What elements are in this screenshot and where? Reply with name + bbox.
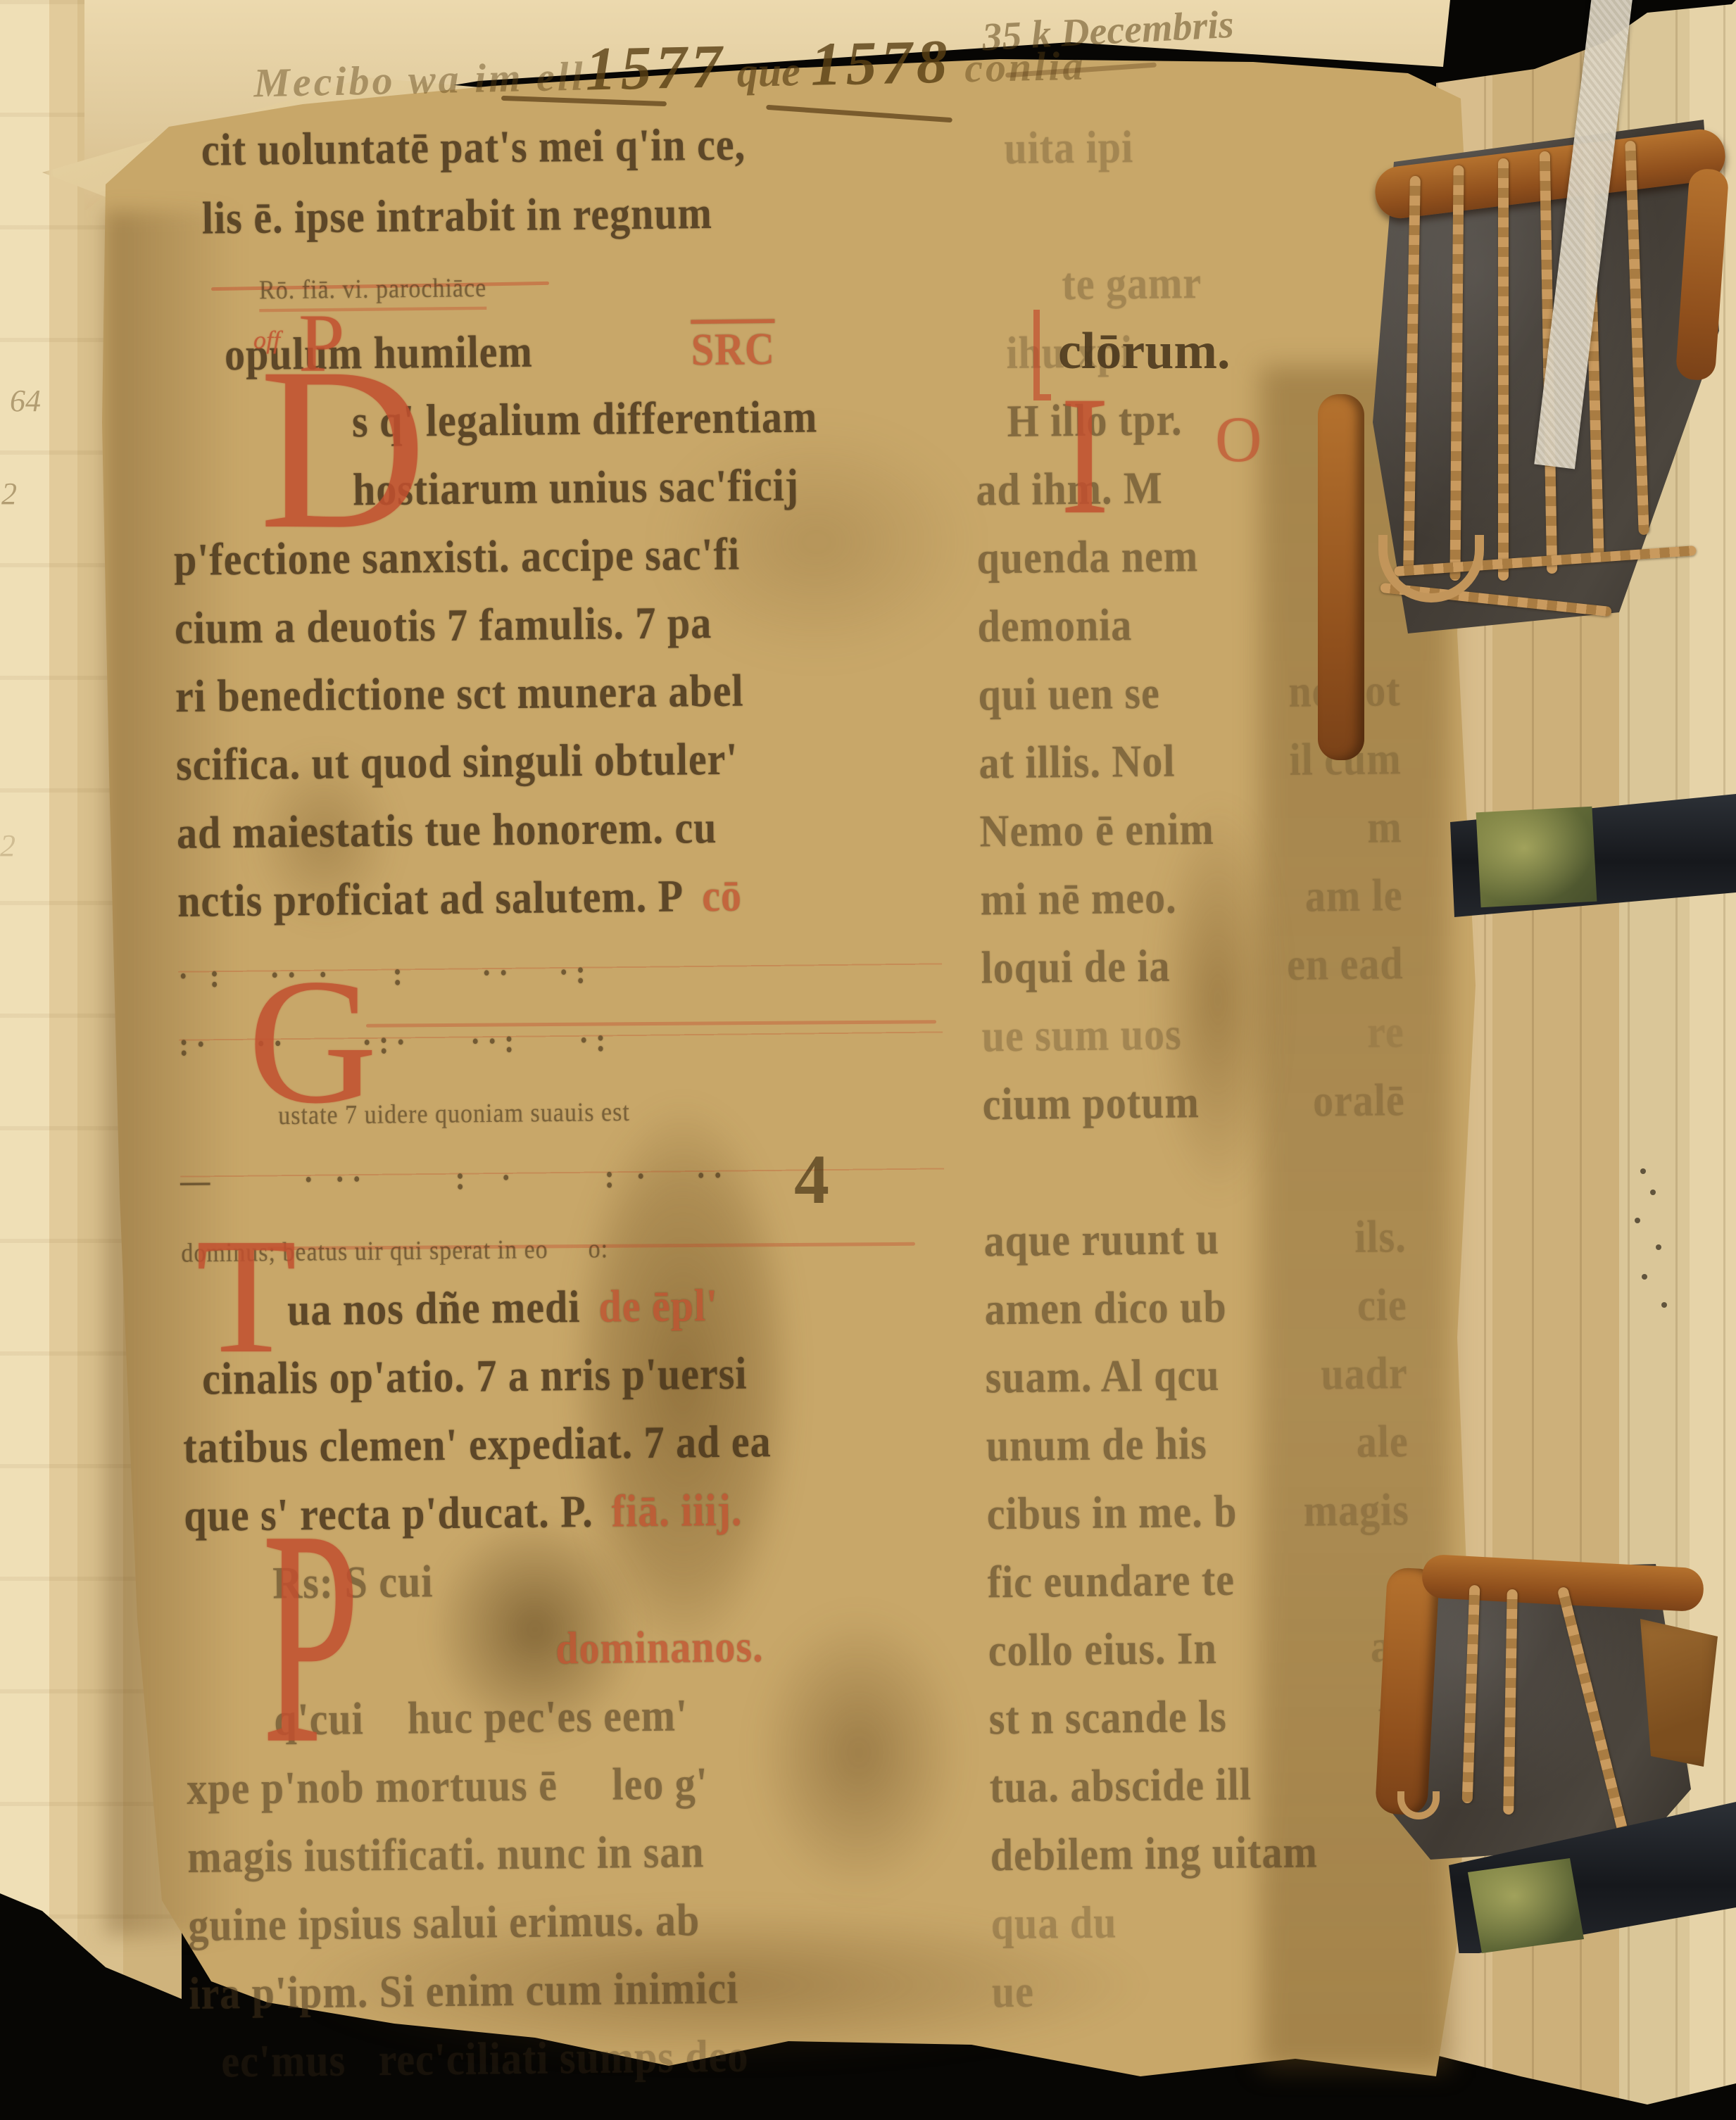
- red-initial-P: P: [298, 308, 345, 379]
- manuscript-photo: 64 2 2 Mecibo wa im ell1577 que 1578 con…: [0, 0, 1736, 2120]
- text-line: uita ipi: [972, 102, 1395, 175]
- sewing-cord: [1403, 176, 1421, 570]
- text-line: debilem ing uitam: [990, 1809, 1413, 1881]
- red-initial-O: O: [1215, 412, 1262, 467]
- text-line: ec'mus rec'ciliati sumps deo: [189, 2012, 954, 2088]
- music-custos: 4: [794, 1139, 829, 1220]
- celorum-lineation: clōrum.: [1033, 310, 1231, 400]
- text-line: cium potumoralē: [982, 1058, 1405, 1130]
- text-line: Rō. fiā. vi. parochiāce: [170, 236, 935, 313]
- text-line: qui uen sene not: [978, 648, 1401, 721]
- left-page-stack-edges: [0, 0, 182, 2041]
- margin-number: 64: [10, 383, 41, 419]
- text-line: cit uoluntatē pat's mei q'in ce,: [169, 100, 933, 176]
- text-line: st n scande lste: [988, 1672, 1411, 1745]
- text-line: mi nē meo.am le: [980, 853, 1403, 926]
- text-line: cibus in me. bmagis: [986, 1468, 1409, 1540]
- text-line: tatibus clemen' expediat. 7 ad ea: [183, 1397, 948, 1473]
- text-line: [973, 170, 1396, 243]
- text-line: tua. abscide ill: [989, 1741, 1412, 1813]
- text-line: qua du: [990, 1877, 1414, 1950]
- text-line: at illis. Nolil cum: [979, 717, 1402, 789]
- margin-number: 2: [1, 476, 17, 512]
- text-line: ad ihm. M: [976, 443, 1399, 516]
- text-line: magis iustificati. nunc in san: [187, 1807, 952, 1883]
- text-line: ri benedictione sct munera abel: [175, 646, 939, 722]
- text-line: ira p'ipm. Si enim cum inimici: [189, 1943, 953, 2019]
- margin-number: 2: [0, 828, 15, 864]
- red-initial-T: T: [196, 1226, 297, 1367]
- text-line: unum de hisale: [986, 1399, 1409, 1472]
- sewing-cord: [1498, 158, 1509, 581]
- text-line: guine ipsius salui erimus. ab: [188, 1875, 952, 1951]
- text-line: [983, 1126, 1406, 1199]
- text-line: nctis proficiat ad salutem. Pcō: [177, 851, 941, 927]
- text-line: te gamr: [974, 239, 1397, 311]
- text-line: scifica. ut quod singuli obtuler': [175, 714, 940, 790]
- red-initial-off: off: [253, 329, 280, 351]
- red-initial-G: G: [248, 966, 377, 1118]
- text-line: ue: [991, 1945, 1414, 2018]
- text-line: quenda nem: [976, 512, 1400, 584]
- text-line: loqui de iaen ead: [981, 921, 1404, 994]
- text-line: collo eius. Inar: [988, 1604, 1411, 1677]
- ink-specks: [1640, 1168, 1646, 1174]
- text-line: lis ē. ipse intrabit in regnum: [170, 168, 934, 244]
- text-line: demonia: [977, 580, 1400, 652]
- red-initial-P: P: [262, 1508, 360, 1769]
- text-line: fic eundare te: [987, 1536, 1410, 1608]
- inscription-mid: que: [726, 48, 811, 96]
- text-line: amen dico ubcie: [984, 1263, 1407, 1335]
- inscription-year-1578: 1578: [810, 28, 952, 99]
- text-line: ad maiestatis tue honorem. cu: [176, 783, 941, 859]
- text-line: aque ruunt uils.: [983, 1194, 1407, 1267]
- red-initial-I: I: [1060, 384, 1109, 528]
- inscription-year-1577: 1577: [585, 32, 727, 103]
- text-line: ue sum uosre: [981, 990, 1404, 1062]
- text-line: suam. Al qcuuadr: [985, 1331, 1408, 1403]
- text-line: Nemo ē enimm: [979, 785, 1402, 857]
- text-line: cium a deuotis 7 famulis. 7 pa: [174, 578, 938, 654]
